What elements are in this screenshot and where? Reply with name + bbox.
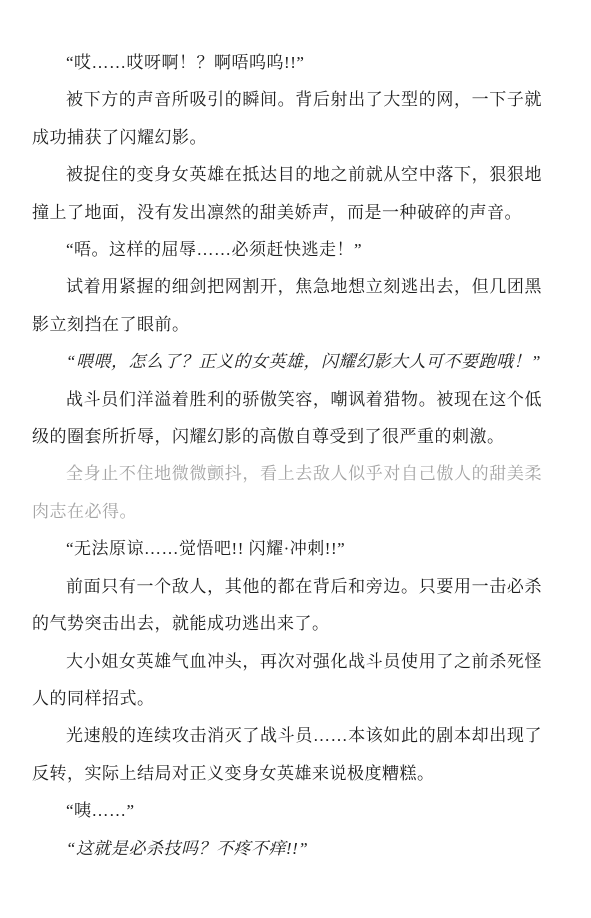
paragraph: 被下方的声音所吸引的瞬间。背后射出了大型的网，一下子就成功捕获了闪耀幻影。 bbox=[32, 81, 542, 156]
paragraph-list: “哎……哎呀啊！？啊唔呜呜!!”被下方的声音所吸引的瞬间。背后射出了大型的网，一… bbox=[32, 44, 542, 867]
paragraph: “哎……哎呀啊！？啊唔呜呜!!” bbox=[32, 44, 542, 81]
novel-reader-page: “哎……哎呀啊！？啊唔呜呜!!”被下方的声音所吸引的瞬间。背后射出了大型的网，一… bbox=[0, 0, 591, 918]
paragraph: 大小姐女英雄气血冲头，再次对强化战斗员使用了之前杀死怪人的同样招式。 bbox=[32, 643, 542, 718]
paragraph: 全身止不住地微微颤抖，看上去敌人似乎对自己傲人的甜美柔肉志在必得。 bbox=[32, 455, 542, 530]
paragraph: “喂喂，怎么了？正义的女英雄，闪耀幻影大人可不要跑哦！” bbox=[32, 343, 542, 380]
paragraph: “这就是必杀技吗？不疼不痒!!” bbox=[32, 830, 542, 867]
paragraph: 被捉住的变身女英雄在抵达目的地之前就从空中落下，狠狠地撞上了地面，没有发出凛然的… bbox=[32, 156, 542, 231]
paragraph: 前面只有一个敌人，其他的都在背后和旁边。只要用一击必杀的气势突击出去，就能成功逃… bbox=[32, 568, 542, 643]
paragraph: 战斗员们洋溢着胜利的骄傲笑容，嘲讽着猎物。被现在这个低级的圈套所折辱，闪耀幻影的… bbox=[32, 381, 542, 456]
paragraph: “咦……” bbox=[32, 792, 542, 829]
paragraph: “唔。这样的屈辱……必须赶快逃走！” bbox=[32, 231, 542, 268]
paragraph: 试着用紧握的细剑把网割开，焦急地想立刻逃出去，但几团黑影立刻挡在了眼前。 bbox=[32, 268, 542, 343]
paragraph: 光速般的连续攻击消灭了战斗员……本该如此的剧本却出现了反转，实际上结局对正义变身… bbox=[32, 717, 542, 792]
paragraph: “无法原谅……觉悟吧!! 闪耀·冲刺!!” bbox=[32, 530, 542, 567]
